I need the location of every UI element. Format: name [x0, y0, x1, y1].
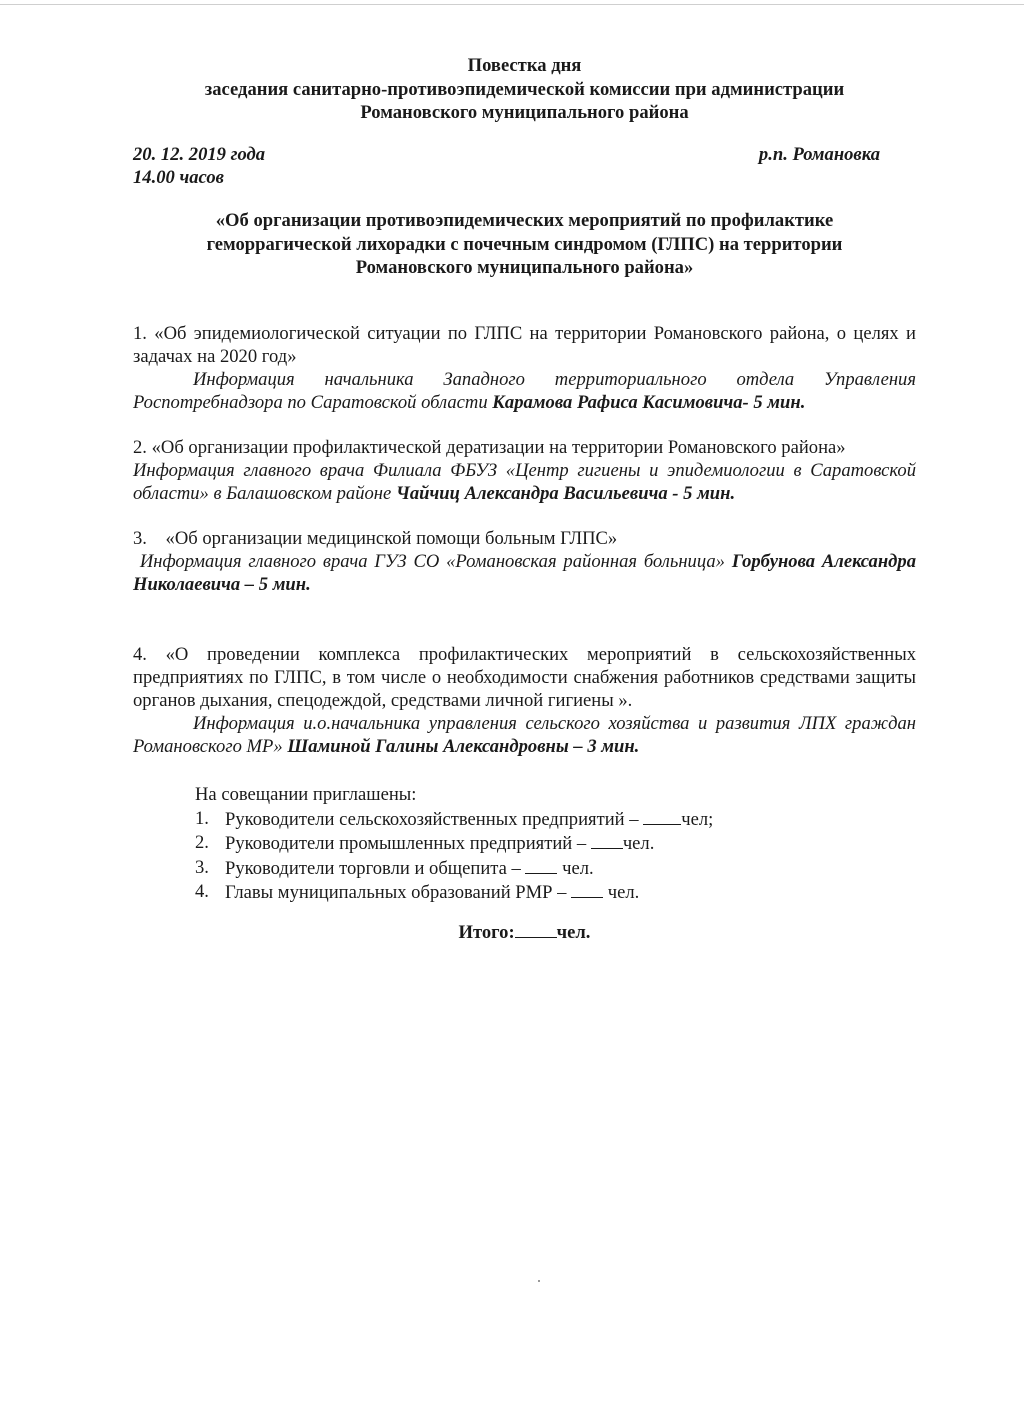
agenda-item-title: 1. «Об эпидемиологической ситуации по ГЛ…	[133, 322, 916, 368]
agenda-item-1: 1. «Об эпидемиологической ситуации по ГЛ…	[133, 322, 916, 414]
agenda-item-3: 3. «Об организации медицинской помощи бо…	[133, 527, 916, 596]
invited-list-item: 2. Руководители промышленных предприятий…	[195, 831, 845, 856]
list-unit: чел.	[603, 882, 639, 903]
count-blank	[571, 880, 603, 898]
invited-section: На совещании приглашены: 1. Руководители…	[195, 783, 845, 905]
total-label: Итого:	[459, 922, 515, 943]
header-subtitle: заседания санитарно-противоэпидемической…	[133, 78, 916, 102]
topic-line: «Об организации противоэпидемических мер…	[133, 209, 916, 233]
header-district: Романовского муниципального района	[133, 101, 916, 125]
agenda-item-speaker: Чайчиц Александра Васильевича - 5 мин.	[396, 483, 735, 504]
count-blank	[525, 856, 557, 874]
meeting-meta: 20. 12. 2019 года р.п. Романовка 14.00 ч…	[133, 143, 880, 189]
agenda-item-info: Информация главного врача ГУЗ СО «Романо…	[140, 551, 725, 572]
list-unit: чел.	[623, 833, 655, 854]
invited-list-item: 3. Руководители торговли и общепита – че…	[195, 856, 845, 881]
agenda-item-4: 4. «О проведении комплекса профилактичес…	[133, 643, 916, 758]
total-blank	[515, 920, 557, 938]
list-text: Главы муниципальных образований РМР –	[225, 882, 571, 903]
meeting-time: 14.00 часов	[133, 166, 880, 189]
list-number: 3.	[195, 856, 225, 881]
list-text: Руководители торговли и общепита –	[225, 858, 525, 879]
meeting-place: р.п. Романовка	[759, 143, 880, 166]
invited-heading: На совещании приглашены:	[195, 783, 845, 807]
agenda-item-speaker: Шаминой Галины Александровны – 3 мин.	[287, 736, 639, 757]
invited-list-item: 1. Руководители сельскохозяйственных пре…	[195, 807, 845, 832]
list-number: 4.	[195, 880, 225, 905]
invited-list-item: 4. Главы муниципальных образований РМР –…	[195, 880, 845, 905]
invited-list: 1. Руководители сельскохозяйственных пре…	[195, 807, 845, 905]
topic-line: Романовского муниципального района»	[133, 256, 916, 280]
scan-speck	[538, 1280, 540, 1282]
list-unit: чел;	[681, 809, 713, 830]
agenda-item-speaker: Карамова Рафиса Касимовича- 5 мин.	[492, 392, 805, 413]
document-header: Повестка дня заседания санитарно-противо…	[133, 54, 916, 125]
list-number: 1.	[195, 807, 225, 832]
list-text: Руководители сельскохозяйственных предпр…	[225, 809, 643, 830]
list-unit: чел.	[557, 858, 593, 879]
agenda-item-title: 2. «Об организации профилактической дера…	[133, 436, 916, 459]
total-unit: чел.	[557, 922, 591, 943]
agenda-item-2: 2. «Об организации профилактической дера…	[133, 436, 916, 505]
meeting-date: 20. 12. 2019 года	[133, 143, 265, 166]
list-text: Руководители промышленных предприятий –	[225, 833, 591, 854]
agenda-item-title: 4. «О проведении комплекса профилактичес…	[133, 643, 916, 712]
count-blank	[643, 807, 681, 825]
list-number: 2.	[195, 831, 225, 856]
scan-edge-line	[0, 4, 1024, 5]
header-title: Повестка дня	[133, 54, 916, 78]
total-line: Итого:чел.	[133, 920, 916, 944]
agenda-item-title: 3. «Об организации медицинской помощи бо…	[133, 527, 916, 550]
meeting-topic: «Об организации противоэпидемических мер…	[133, 209, 916, 280]
topic-line: геморрагической лихорадки с почечным син…	[133, 233, 916, 257]
count-blank	[591, 831, 623, 849]
